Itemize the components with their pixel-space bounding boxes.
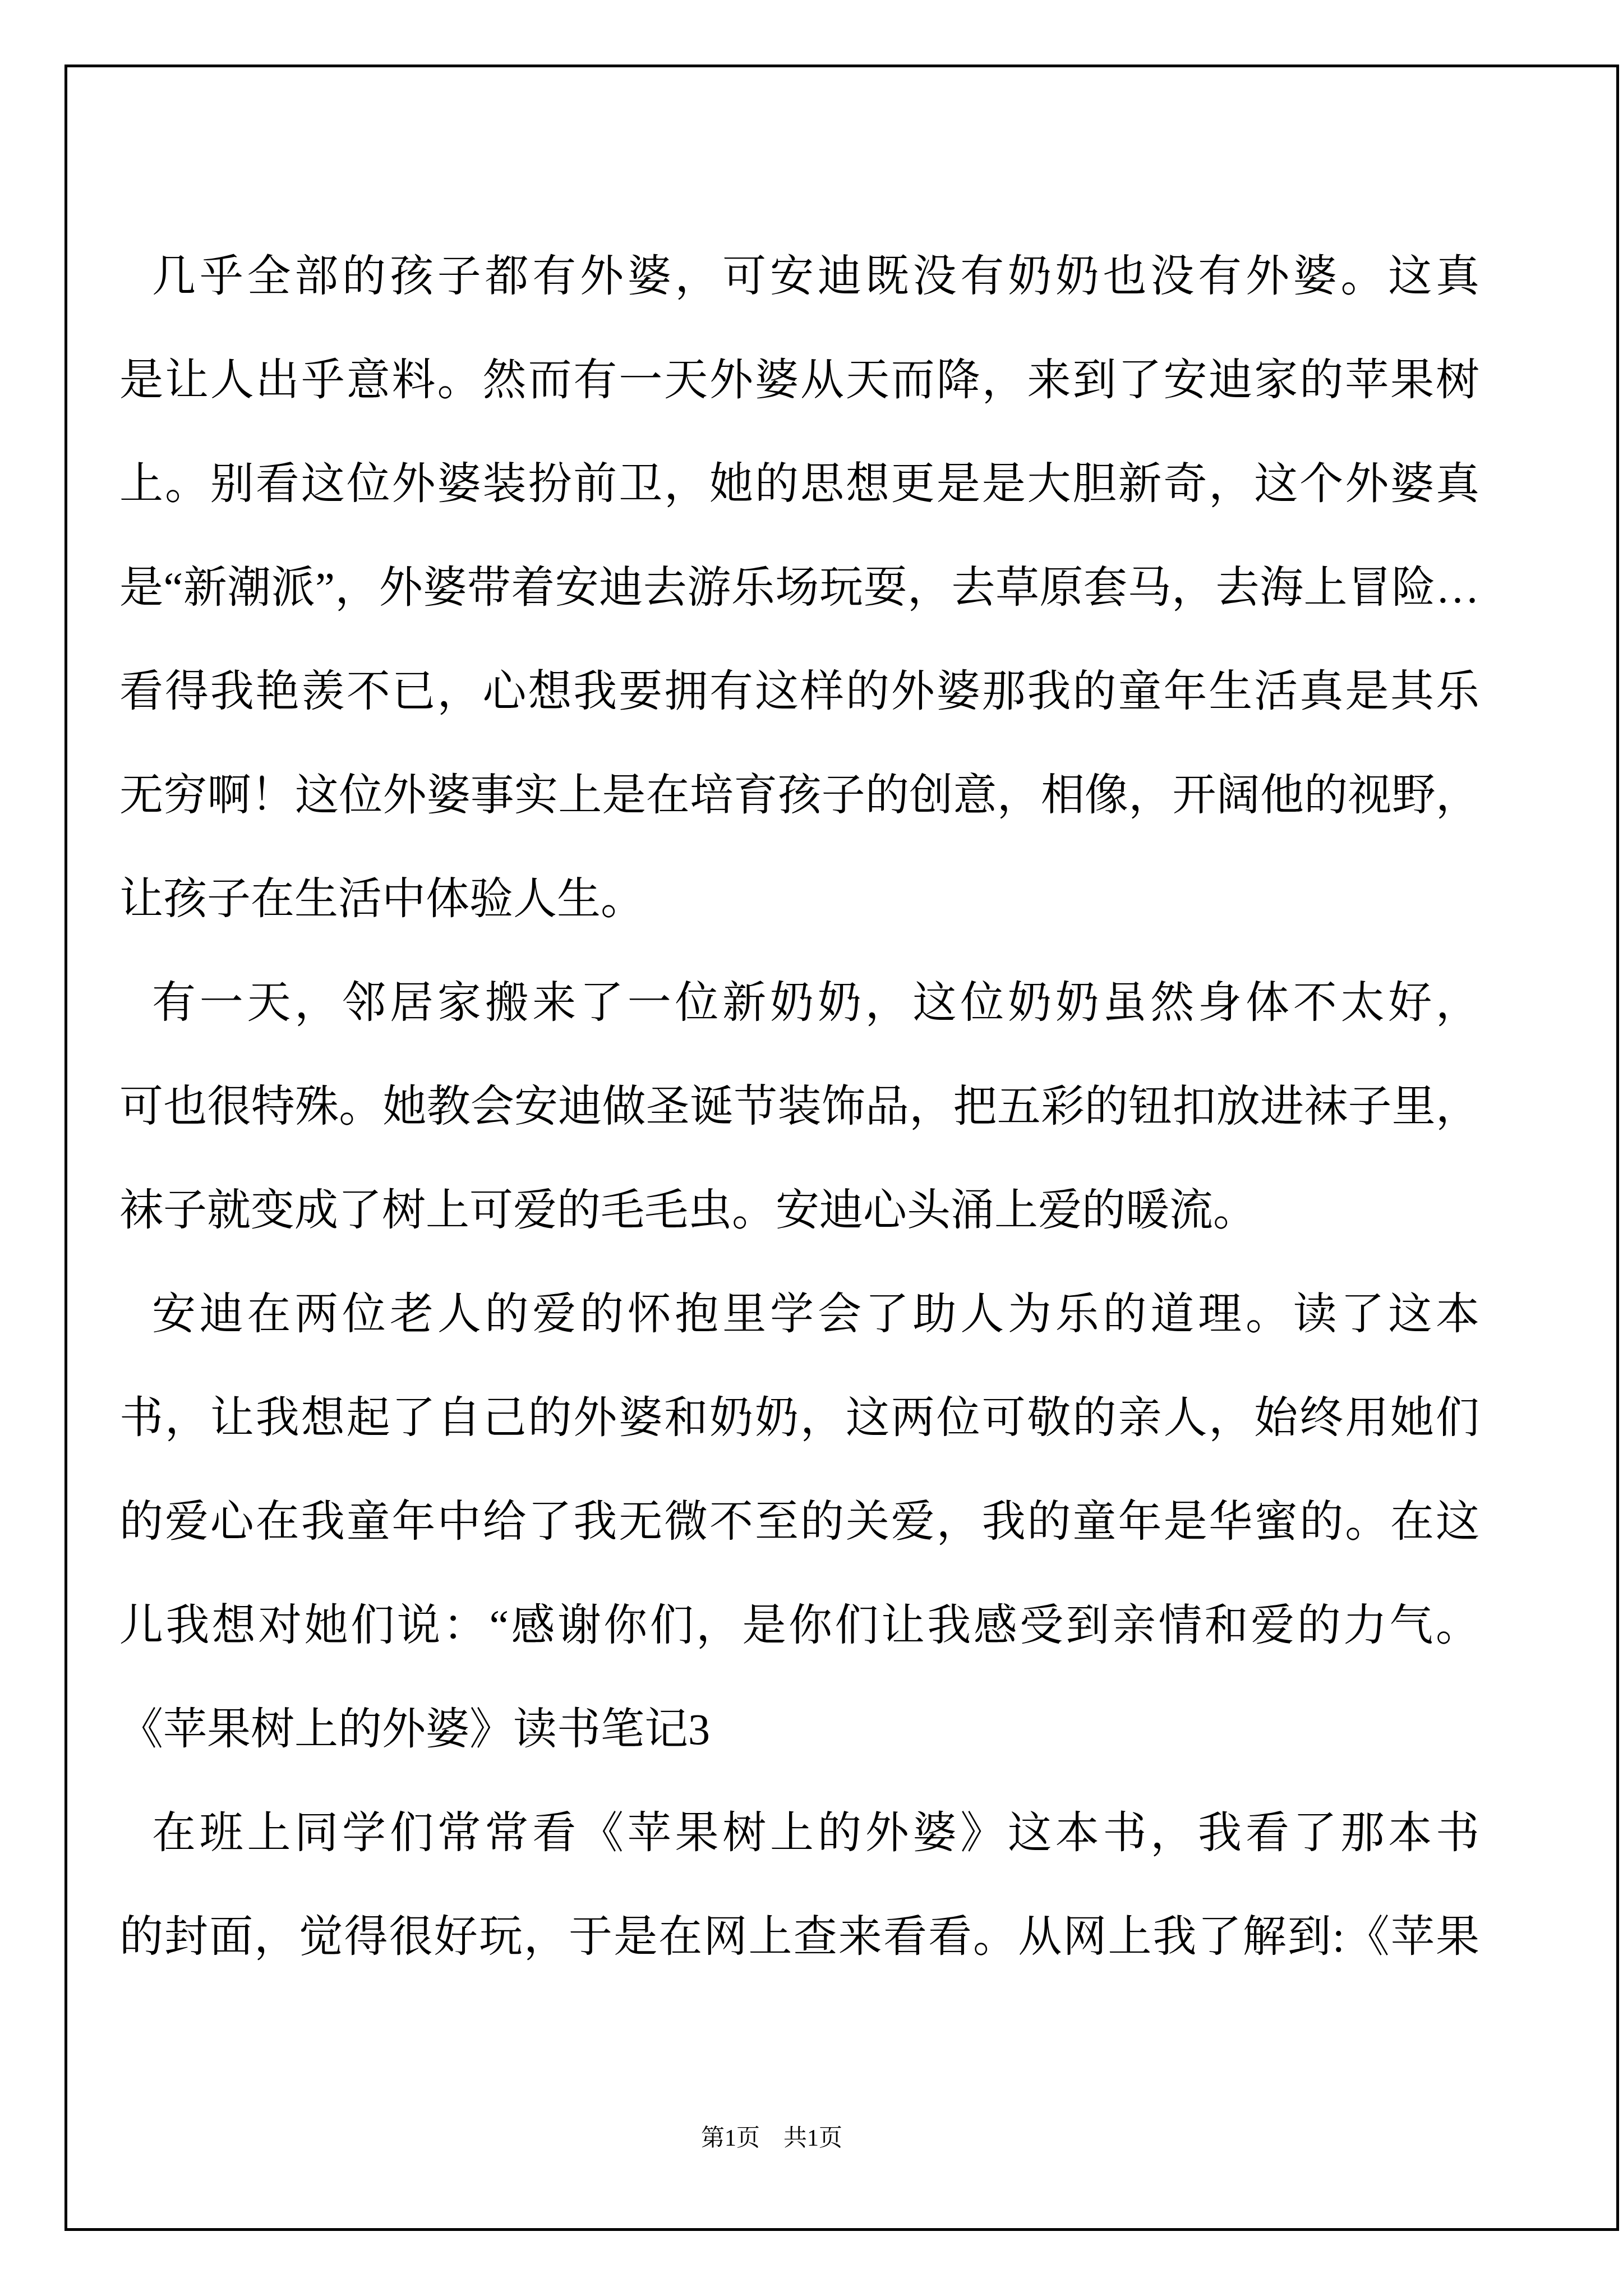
- document-page: 几乎全部的孩子都有外婆，可安迪既没有奶奶也没有外婆。这真是让人出乎意料。然而有一…: [0, 0, 1623, 2296]
- text-line: 看得我艳羡不已，心想我要拥有这样的外婆那我的童年生活真是其乐: [119, 639, 1479, 743]
- text-line: 上。别看这位外婆装扮前卫，她的思想更是是大胆新奇，这个外婆真: [119, 432, 1479, 536]
- text-line: 儿我想对她们说：“感谢你们，是你们让我感受到亲情和爱的力气。: [119, 1573, 1479, 1677]
- page-footer: 第1页 共1页: [701, 2122, 842, 2155]
- document-body: 几乎全部的孩子都有外婆，可安迪既没有奶奶也没有外婆。这真是让人出乎意料。然而有一…: [119, 224, 1479, 1989]
- text-line: 几乎全部的孩子都有外婆，可安迪既没有奶奶也没有外婆。这真: [119, 224, 1479, 328]
- text-line: 的爱心在我童年中给了我无微不至的关爱，我的童年是华蜜的。在这: [119, 1470, 1479, 1573]
- text-line: 可也很特殊。她教会安迪做圣诞节装饰品，把五彩的钮扣放进袜子里，: [119, 1055, 1479, 1158]
- text-line: 书，让我想起了自己的外婆和奶奶，这两位可敬的亲人，始终用她们: [119, 1366, 1479, 1470]
- text-line: 袜子就变成了树上可爱的毛毛虫。安迪心头涌上爱的暖流。: [119, 1158, 1479, 1262]
- section-heading-line: 《苹果树上的外婆》读书笔记3: [119, 1677, 1479, 1781]
- text-line: 让孩子在生活中体验人生。: [119, 847, 1479, 951]
- text-line: 是让人出乎意料。然而有一天外婆从天而降，来到了安迪家的苹果树: [119, 328, 1479, 432]
- text-line: 安迪在两位老人的爱的怀抱里学会了助人为乐的道理。读了这本: [119, 1262, 1479, 1366]
- text-line: 无穷啊！这位外婆事实上是在培育孩子的创意，相像，开阔他的视野，: [119, 743, 1479, 847]
- text-line: 是“新潮派”，外婆带着安迪去游乐场玩耍，去草原套马，去海上冒险…: [119, 536, 1479, 639]
- text-line: 的封面，觉得很好玩，于是在网上查来看看。从网上我了解到:《苹果: [119, 1885, 1479, 1989]
- text-line: 有一天，邻居家搬来了一位新奶奶，这位奶奶虽然身体不太好，: [119, 951, 1479, 1055]
- text-line: 在班上同学们常常看《苹果树上的外婆》这本书，我看了那本书: [119, 1781, 1479, 1885]
